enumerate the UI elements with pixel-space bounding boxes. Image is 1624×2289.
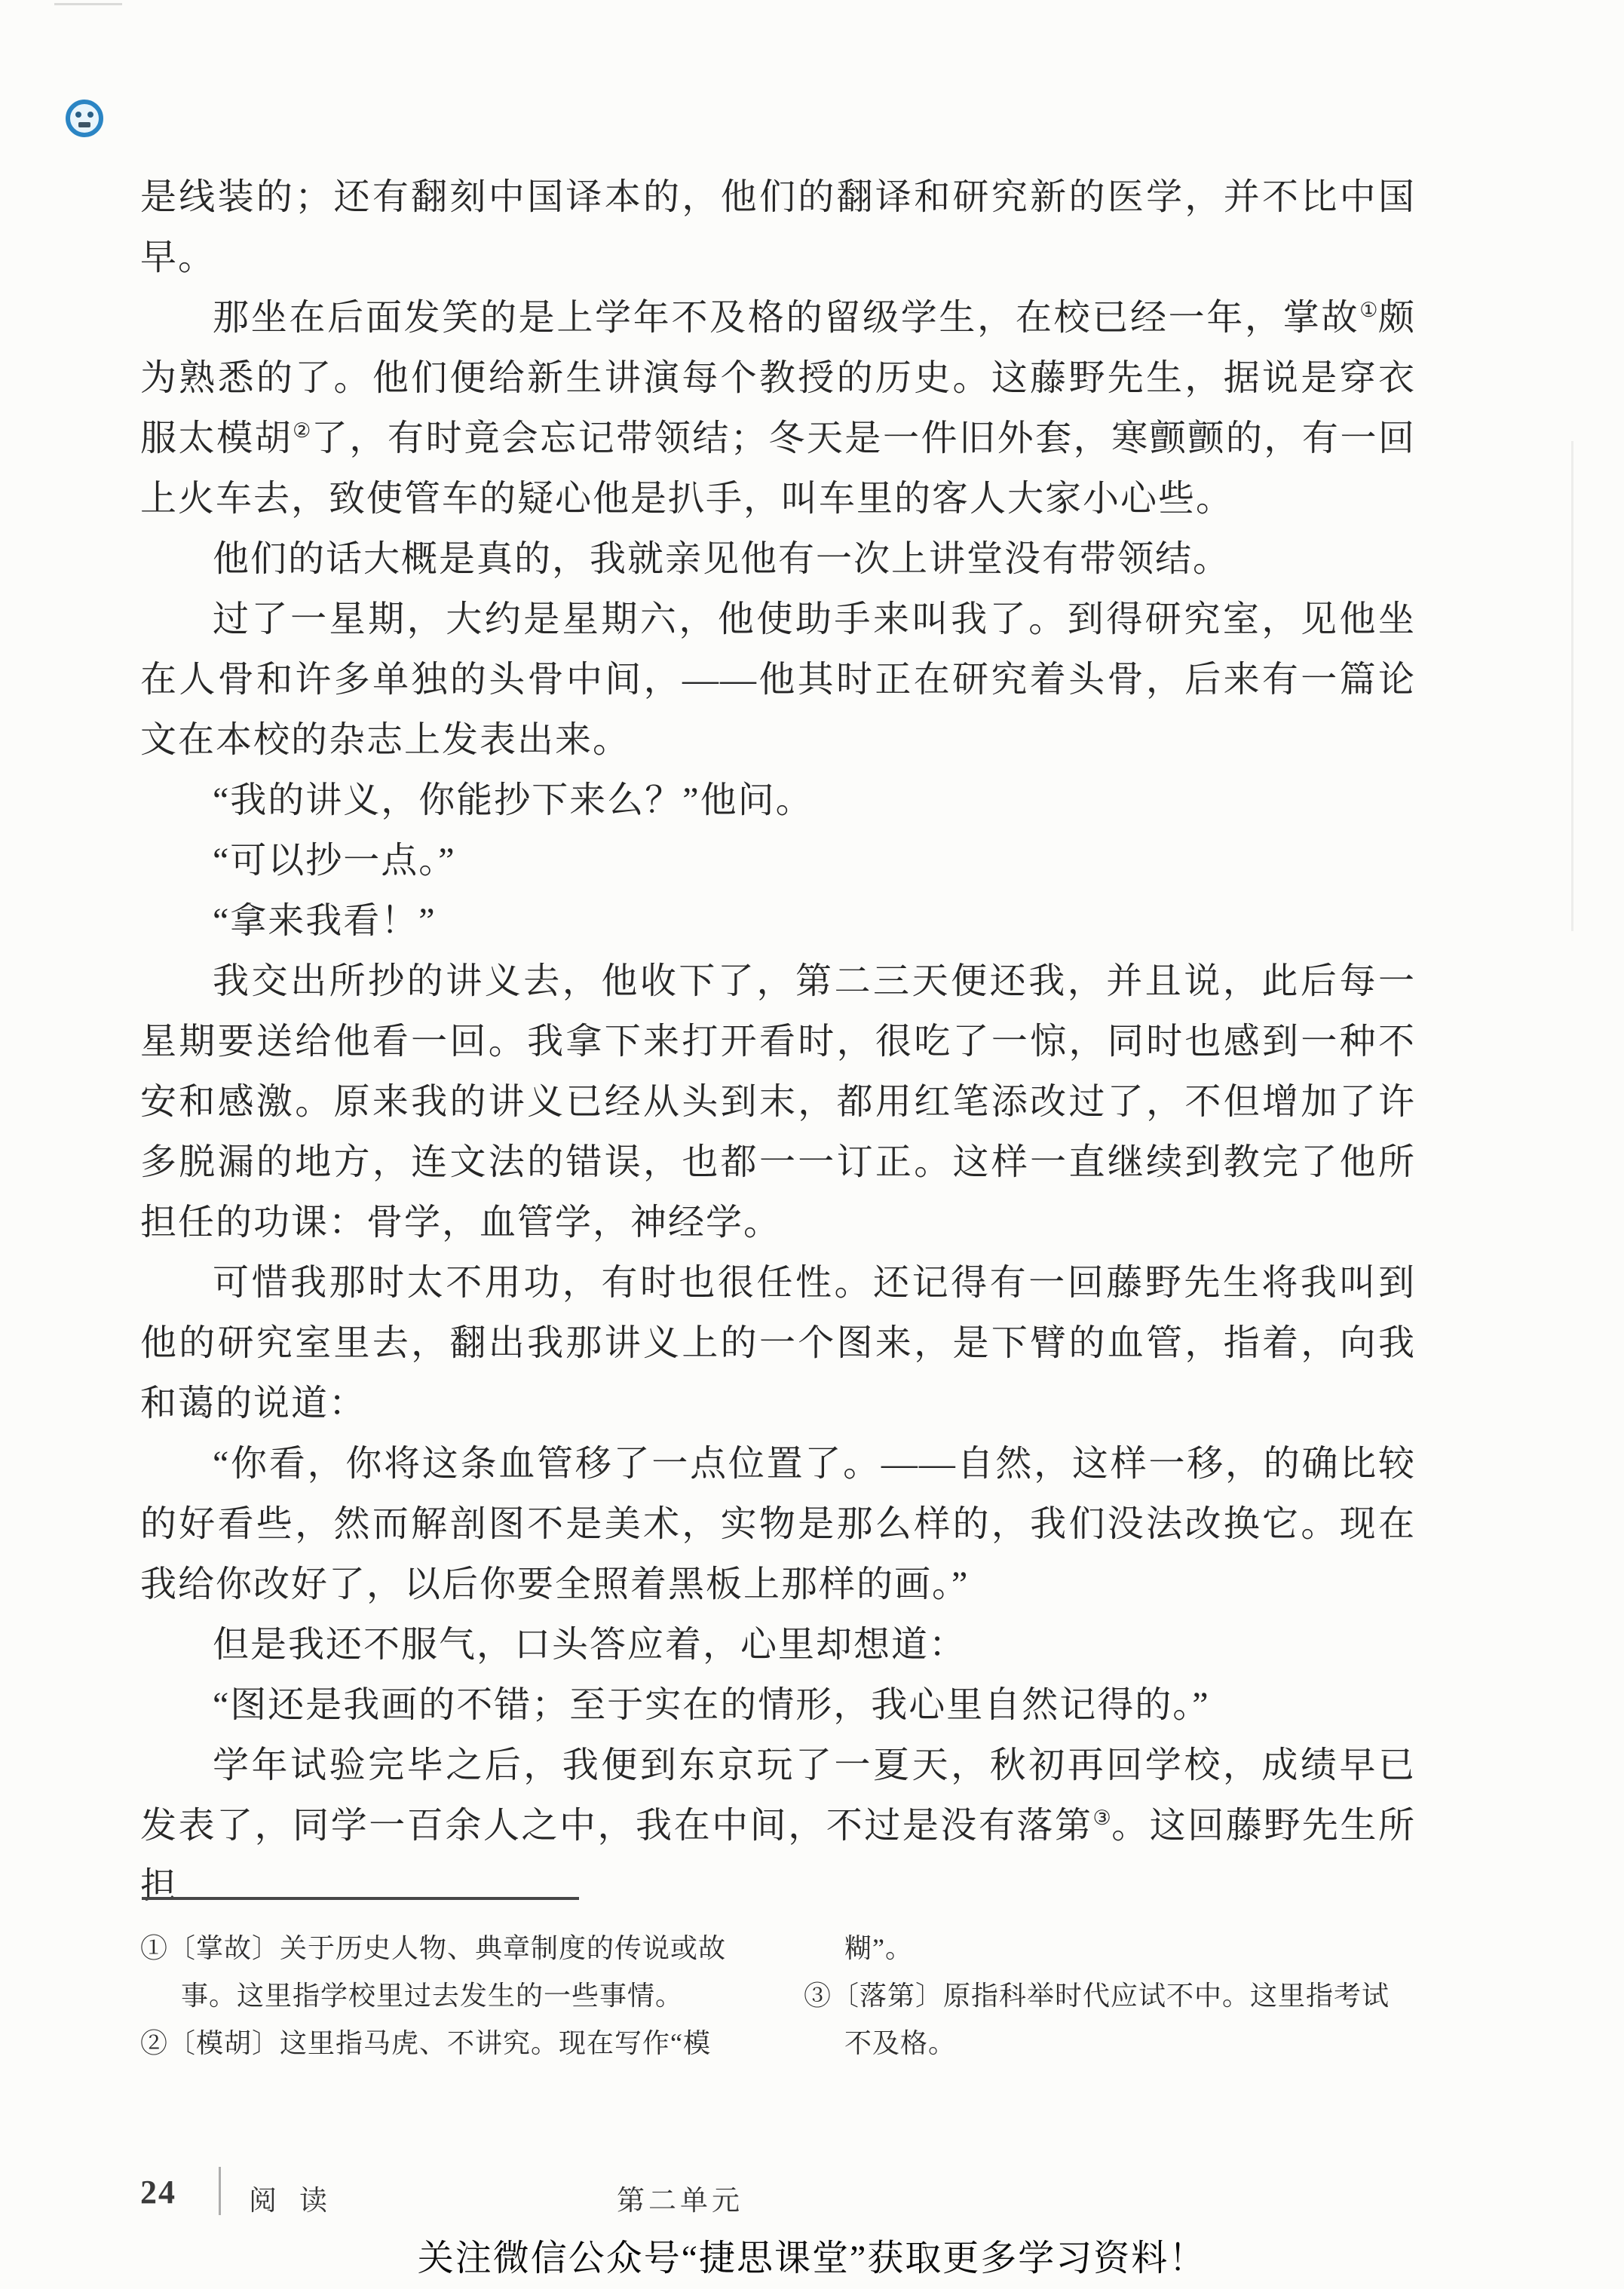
footnotes-left: ①〔掌故〕关于历史人物、典章制度的传说或故 事。这里指学校里过去发生的一些事情。… <box>140 1925 819 2067</box>
paragraph-9: 可惜我那时太不用功，有时也很任性。还记得有一回藤野先生将我叫到他的研究室里去，翻… <box>140 1253 1416 1434</box>
paragraph-11: 但是我还不服气，口头答应着，心里却想道： <box>140 1615 1416 1675</box>
paragraph-3: 他们的话大概是真的，我就亲见他有一次上讲堂没有带领结。 <box>140 529 1416 590</box>
scan-artifact-top <box>54 3 122 5</box>
footnote-line: 不及格。 <box>804 2020 1558 2067</box>
page-number: 24 <box>140 2173 176 2211</box>
paragraph-6: “可以抄一点。” <box>140 831 1416 891</box>
section-label: 阅读 <box>249 2177 350 2218</box>
unit-label: 第二单元 <box>617 2177 743 2218</box>
paragraph-10: “你看，你将这条血管移了一点位置了。——自然，这样一移，的确比较的好看些，然而解… <box>140 1434 1416 1615</box>
face-icon <box>65 99 104 138</box>
footnotes-right: 糊”。 ③〔落第〕原指科举时代应试不中。这里指考试 不及格。 <box>804 1925 1558 2067</box>
body-text: 是线装的；还有翻刻中国译本的，他们的翻译和研究新的医学，并不比中国早。 那坐在后… <box>140 167 1416 1917</box>
footer-divider <box>219 2167 221 2215</box>
footnote-line: ②〔模胡〕这里指马虎、不讲究。现在写作“模 <box>140 2020 819 2067</box>
paragraph-13: 学年试验完毕之后，我便到东京玩了一夏天，秋初再回学校，成绩早已发表了，同学一百余… <box>140 1736 1416 1917</box>
footnote-divider <box>142 1897 579 1900</box>
textbook-page: 是线装的；还有翻刻中国译本的，他们的翻译和研究新的医学，并不比中国早。 那坐在后… <box>0 0 1624 2289</box>
paragraph-7: “拿来我看！” <box>140 891 1416 951</box>
paragraph-2: 那坐在后面发笑的是上学年不及格的留级学生，在校已经一年，掌故①颇为熟悉的了。他们… <box>140 288 1416 529</box>
scan-artifact-page-edge <box>1571 441 1573 931</box>
promo-banner: 关注微信公众号“捷思课堂”获取更多学习资料！ <box>0 2229 1624 2281</box>
footnote-line: 糊”。 <box>804 1925 1558 1972</box>
paragraph-5: “我的讲义，你能抄下来么？”他问。 <box>140 771 1416 831</box>
footnote-line: 事。这里指学校里过去发生的一些事情。 <box>140 1972 819 2020</box>
paragraph-1: 是线装的；还有翻刻中国译本的，他们的翻译和研究新的医学，并不比中国早。 <box>140 167 1416 288</box>
paragraph-8: 我交出所抄的讲义去，他收下了，第二三天便还我，并且说，此后每一星期要送给他看一回… <box>140 951 1416 1253</box>
paragraph-12: “图还是我画的不错；至于实在的情形，我心里自然记得的。” <box>140 1675 1416 1736</box>
footnote-line: ③〔落第〕原指科举时代应试不中。这里指考试 <box>804 1972 1558 2020</box>
footnote-line: ①〔掌故〕关于历史人物、典章制度的传说或故 <box>140 1925 819 1972</box>
paragraph-4: 过了一星期，大约是星期六，他使助手来叫我了。到得研究室，见他坐在人骨和许多单独的… <box>140 590 1416 771</box>
